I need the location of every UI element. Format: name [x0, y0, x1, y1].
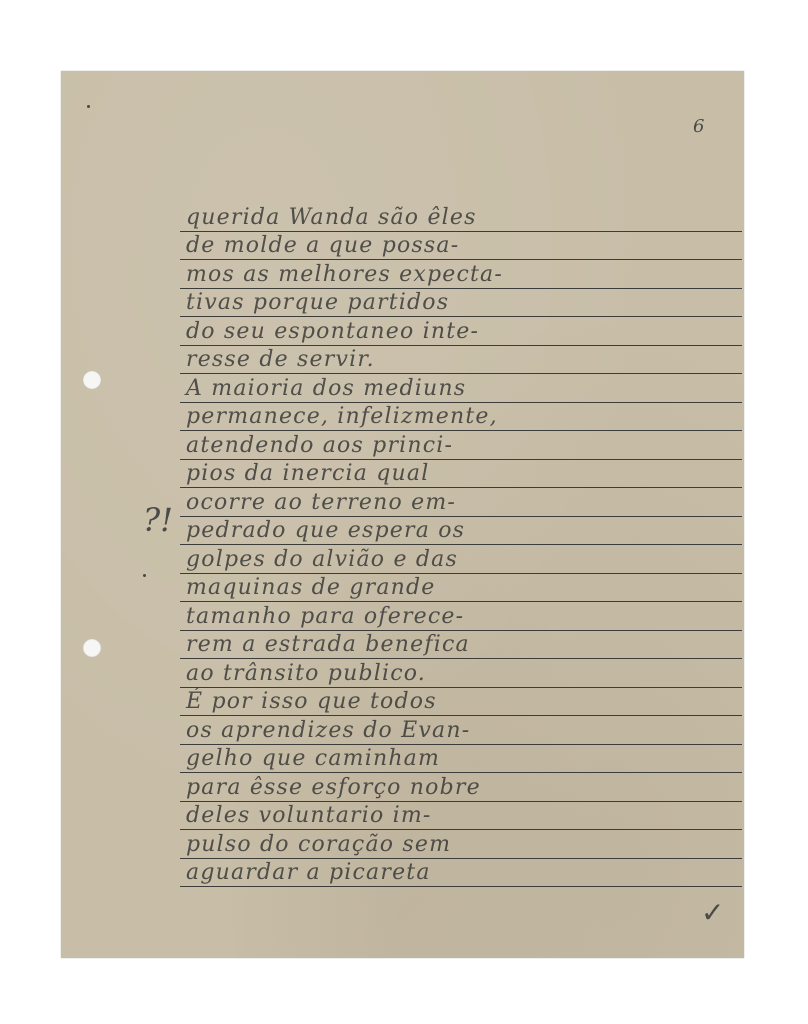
- text-line: os aprendizes do Evan-: [180, 716, 742, 745]
- handwritten-line: do seu espontaneo inte-: [186, 320, 738, 344]
- text-line: É por isso que todos: [180, 688, 742, 717]
- text-line: atendendo aos princi-: [180, 431, 742, 460]
- text-line: ao trânsito publico.: [180, 659, 742, 688]
- text-line: pedrado que espera os: [180, 517, 742, 546]
- text-line: permanece, infelizmente,: [180, 403, 742, 432]
- text-line: do seu espontaneo inte-: [180, 317, 742, 346]
- handwritten-line: resse de servir.: [186, 348, 738, 372]
- handwritten-line: mos as melhores expecta-: [186, 263, 738, 287]
- ink-speck: [87, 105, 90, 108]
- handwritten-line: permanece, infelizmente,: [186, 405, 738, 429]
- handwritten-line: golpes do alvião e das: [186, 548, 738, 572]
- text-line: tamanho para oferece-: [180, 602, 742, 631]
- text-line: gelho que caminham: [180, 745, 742, 774]
- text-line: rem a estrada benefica: [180, 631, 742, 660]
- text-line: para êsse esforço nobre: [180, 773, 742, 802]
- text-line: aguardar a picareta: [180, 859, 742, 888]
- handwritten-line: pulso do coração sem: [186, 833, 738, 857]
- handwritten-line: os aprendizes do Evan-: [186, 719, 738, 743]
- handwritten-line: gelho que caminham: [186, 747, 738, 771]
- handwritten-line: maquinas de grande: [186, 576, 738, 600]
- ruled-text-area: querida Wanda são êles de molde a que po…: [180, 71, 742, 958]
- text-line: pulso do coração sem: [180, 830, 742, 859]
- punch-hole-top: [83, 371, 101, 389]
- handwritten-line: rem a estrada benefica: [186, 633, 738, 657]
- text-line: resse de servir.: [180, 346, 742, 375]
- margin-annotation: ?!: [143, 501, 173, 539]
- text-line: de molde a que possa-: [180, 232, 742, 261]
- handwritten-line: ao trânsito publico.: [186, 662, 738, 686]
- handwritten-line: de molde a que possa-: [186, 234, 738, 258]
- handwritten-line: A maioria dos mediuns: [186, 377, 738, 401]
- letter-page: 6 ?! querida Wanda são êles de molde a q…: [61, 71, 744, 958]
- check-mark-icon: ✓: [701, 896, 724, 929]
- text-line: tivas porque partidos: [180, 289, 742, 318]
- handwritten-line: tivas porque partidos: [186, 291, 738, 315]
- text-line: A maioria dos mediuns: [180, 374, 742, 403]
- handwritten-line: ocorre ao terreno em-: [186, 491, 738, 515]
- handwritten-line: É por isso que todos: [186, 690, 738, 714]
- handwritten-line: querida Wanda são êles: [186, 206, 738, 230]
- text-line: golpes do alvião e das: [180, 545, 742, 574]
- punch-hole-bottom: [83, 639, 101, 657]
- handwritten-line: atendendo aos princi-: [186, 434, 738, 458]
- handwritten-line: tamanho para oferece-: [186, 605, 738, 629]
- text-line: mos as melhores expecta-: [180, 260, 742, 289]
- handwritten-line: pios da inercia qual: [186, 462, 738, 486]
- text-line: deles voluntario im-: [180, 802, 742, 831]
- text-line: querida Wanda são êles: [180, 203, 742, 232]
- handwritten-line: para êsse esforço nobre: [186, 776, 738, 800]
- handwritten-line: pedrado que espera os: [186, 519, 738, 543]
- text-line: ocorre ao terreno em-: [180, 488, 742, 517]
- handwritten-line: deles voluntario im-: [186, 804, 738, 828]
- text-line: pios da inercia qual: [180, 460, 742, 489]
- handwritten-line: aguardar a picareta: [186, 861, 738, 885]
- ink-speck: [143, 574, 146, 577]
- text-line: maquinas de grande: [180, 574, 742, 603]
